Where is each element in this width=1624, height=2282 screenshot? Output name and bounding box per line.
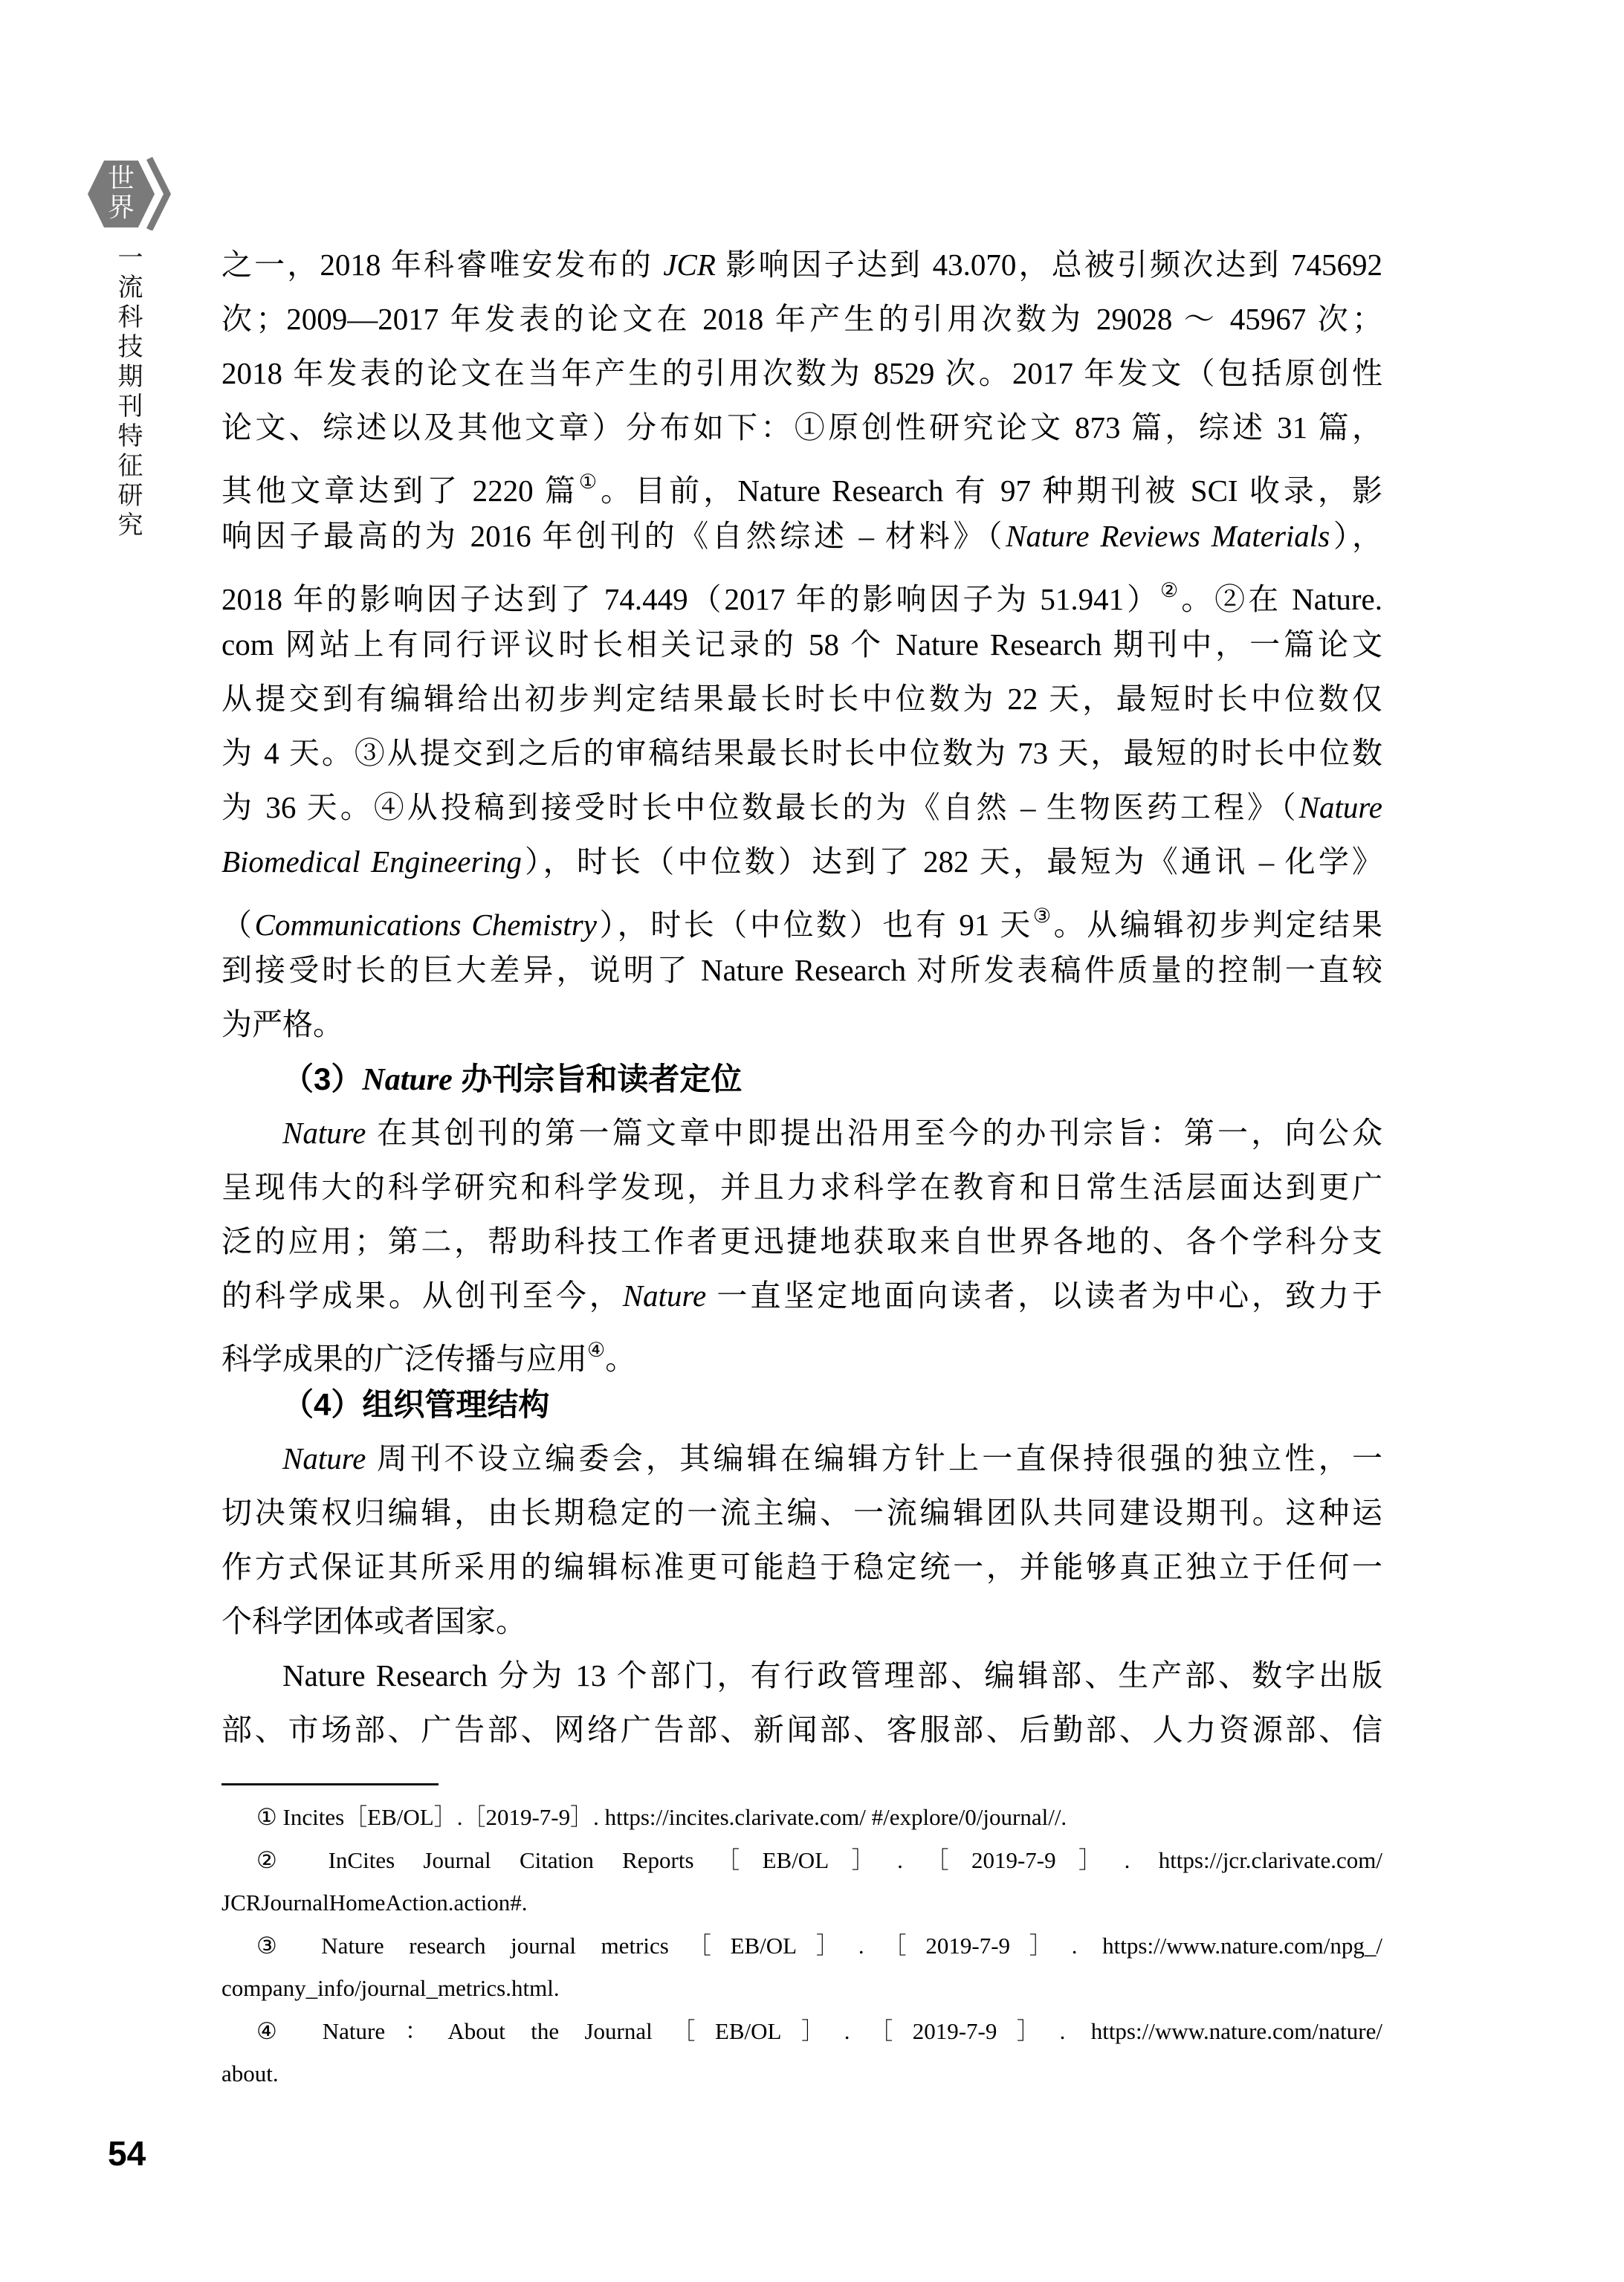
- text-segment: JCRJournalHomeAction.action#.: [221, 1890, 528, 1916]
- text-segment: 部、市场部、广告部、网络广告部、新闻部、客服部、后勤部、人力资源部、信: [221, 1713, 1382, 1747]
- text-segment: com 网站上有同行评议时长相关记录的 58 个 Nature Research…: [221, 627, 1382, 662]
- text-segment: about.: [221, 2060, 279, 2087]
- text-segment: 从提交到有编辑给出初步判定结果最长时长中位数为 22 天，最短时长中位数仅: [221, 682, 1382, 716]
- text-segment: 切决策权归编辑，由长期稳定的一流主编、一流编辑团队共同建设期刊。这种运: [221, 1496, 1382, 1530]
- text-line: 科学成果的广泛传播与应用④。: [221, 1323, 1382, 1377]
- text-line: 响因子最高的为 2016 年创刊的《自然综述 – 材料》（Nature Revi…: [221, 509, 1382, 563]
- text-segment: 为 4 天。③从提交到之后的审稿结果最长时长中位数为 73 天，最短的时长中位数: [221, 736, 1382, 770]
- text-segment: 科学成果的广泛传播与应用: [221, 1342, 587, 1376]
- text-line: 个科学团体或者国家。: [221, 1594, 1382, 1649]
- text-line: 2018 年的影响因子达到了 74.449（2017 年的影响因子为 51.94…: [221, 563, 1382, 618]
- text-line: 到接受时长的巨大差异，说明了 Nature Research 对所发表稿件质量的…: [221, 943, 1382, 998]
- text-segment: 次；2009—2017 年发表的论文在 2018 年产生的引用次数为 29028…: [221, 302, 1382, 336]
- footnote-line: company_info/journal_metrics.html.: [221, 1967, 1382, 2010]
- footnote-ref-superscript: ②: [1160, 579, 1181, 601]
- page-number: 54: [108, 2133, 146, 2173]
- text-segment: ④ Nature：About the Journal［EB/OL］.［2019-…: [256, 2018, 1382, 2044]
- text-segment: Nature: [282, 1441, 366, 1475]
- text-segment: ② InCites Journal Citation Reports［EB/OL…: [256, 1847, 1382, 1873]
- footnote-line: ① Incites［EB/OL］.［2019-7-9］. https://inc…: [221, 1796, 1382, 1839]
- text-segment: Nature: [623, 1279, 706, 1313]
- text-segment: Nature: [362, 1063, 452, 1097]
- text-segment: Nature Research 分为 13 个部门，有行政管理部、编辑部、生产部…: [282, 1658, 1382, 1693]
- text-segment: （: [221, 908, 255, 942]
- text-segment: company_info/journal_metrics.html.: [221, 1975, 560, 2001]
- text-line: 的科学成果。从创刊至今，Nature 一直坚定地面向读者，以读者为中心，致力于: [221, 1269, 1382, 1323]
- text-segment: Nature: [282, 1116, 366, 1150]
- footnote-line: ② InCites Journal Citation Reports［EB/OL…: [221, 1839, 1382, 1882]
- footnote-line: ④ Nature：About the Journal［EB/OL］.［2019-…: [221, 2010, 1382, 2053]
- text-line: 为 4 天。③从提交到之后的审稿结果最长时长中位数为 73 天，最短的时长中位数: [221, 726, 1382, 780]
- text-segment: 呈现伟大的科学研究和科学发现，并且力求科学在教育和日常生活层面达到更广: [221, 1170, 1382, 1204]
- text-line: 呈现伟大的科学研究和科学发现，并且力求科学在教育和日常生活层面达到更广: [221, 1160, 1382, 1215]
- text-segment: 其他文章达到了 2220 篇: [221, 473, 579, 508]
- footnotes: ① Incites［EB/OL］.［2019-7-9］. https://inc…: [221, 1796, 1382, 2095]
- text-segment: 。从编辑初步判定结果: [1054, 908, 1382, 942]
- text-segment: 个科学团体或者国家。: [221, 1604, 526, 1638]
- text-segment: 。②在 Nature.: [1181, 582, 1382, 616]
- text-line: （3）Nature 办刊宗旨和读者定位: [221, 1052, 1382, 1106]
- text-line: 从提交到有编辑给出初步判定结果最长时长中位数为 22 天，最短时长中位数仅: [221, 672, 1382, 726]
- text-segment: ），时长（中位数）达到了 282 天，最短为《通讯 – 化学》: [522, 844, 1382, 879]
- chapter-badge-text: 世 界: [88, 164, 155, 222]
- text-segment: 影响因子达到 43.070，总被引频次达到 745692: [716, 248, 1382, 282]
- text-line: Nature 在其创刊的第一篇文章中即提出沿用至今的办刊宗旨：第一，向公众: [221, 1106, 1382, 1160]
- text-line: Nature Research 分为 13 个部门，有行政管理部、编辑部、生产部…: [221, 1649, 1382, 1703]
- text-line: 部、市场部、广告部、网络广告部、新闻部、客服部、后勤部、人力资源部、信: [221, 1703, 1382, 1757]
- footnote-ref-superscript: ①: [579, 471, 601, 493]
- text-segment: Nature Reviews Materials: [1006, 519, 1330, 553]
- text-segment: 。: [605, 1342, 635, 1376]
- text-segment: ① Incites［EB/OL］.［2019-7-9］. https://inc…: [256, 1804, 1067, 1830]
- text-segment: （3）: [282, 1061, 362, 1096]
- text-line: 为 36 天。④从投稿到接受时长中位数最长的为《自然 – 生物医药工程》（Nat…: [221, 780, 1382, 835]
- text-segment: 。目前，Nature Research 有 97 种期刊被 SCI 收录，影: [601, 473, 1382, 508]
- text-line: Biomedical Engineering），时长（中位数）达到了 282 天…: [221, 835, 1382, 889]
- text-segment: 到接受时长的巨大差异，说明了 Nature Research 对所发表稿件质量的…: [221, 953, 1382, 987]
- text-segment: 一直坚定地面向读者，以读者为中心，致力于: [706, 1279, 1382, 1313]
- text-segment: 办刊宗旨和读者定位: [453, 1061, 743, 1096]
- book-page: 世 界 一流科技期刊特征研究 之一，2018 年科睿唯安发布的 JCR 影响因子…: [0, 0, 1624, 2282]
- text-line: 为严格。: [221, 998, 1382, 1052]
- text-line: 之一，2018 年科睿唯安发布的 JCR 影响因子达到 43.070，总被引频次…: [221, 238, 1382, 292]
- badge-char-1: 世: [88, 164, 155, 193]
- footnote-separator: [221, 1783, 439, 1785]
- footnote-line: JCRJournalHomeAction.action#.: [221, 1881, 1382, 1924]
- footnote-line: about.: [221, 2052, 1382, 2095]
- text-line: com 网站上有同行评议时长相关记录的 58 个 Nature Research…: [221, 618, 1382, 672]
- text-line: 泛的应用；第二，帮助科技工作者更迅捷地获取来自世界各地的、各个学科分支: [221, 1215, 1382, 1269]
- body-text: 之一，2018 年科睿唯安发布的 JCR 影响因子达到 43.070，总被引频次…: [221, 238, 1382, 1757]
- text-segment: Communications Chemistry: [255, 908, 597, 942]
- text-segment: 作方式保证其所采用的编辑标准更可能趋于稳定统一，并能够真正独立于任何一: [221, 1550, 1382, 1584]
- text-segment: Nature: [1299, 790, 1382, 824]
- text-segment: ），时长（中位数）也有 91 天: [597, 908, 1033, 942]
- text-line: 论文、综述以及其他文章）分布如下：①原创性研究论文 873 篇，综述 31 篇，: [221, 401, 1382, 455]
- text-segment: 论文、综述以及其他文章）分布如下：①原创性研究论文 873 篇，综述 31 篇，: [221, 410, 1382, 445]
- text-line: 2018 年发表的论文在当年产生的引用次数为 8529 次。2017 年发文（包…: [221, 346, 1382, 401]
- text-segment: （4）组织管理结构: [282, 1387, 549, 1422]
- text-segment: 的科学成果。从创刊至今，: [221, 1279, 623, 1313]
- text-line: （4）组织管理结构: [221, 1377, 1382, 1432]
- text-line: 切决策权归编辑，由长期稳定的一流主编、一流编辑团队共同建设期刊。这种运: [221, 1486, 1382, 1540]
- text-segment: 泛的应用；第二，帮助科技工作者更迅捷地获取来自世界各地的、各个学科分支: [221, 1224, 1382, 1258]
- text-segment: 在其创刊的第一篇文章中即提出沿用至今的办刊宗旨：第一，向公众: [366, 1116, 1382, 1150]
- text-segment: 周刊不设立编委会，其编辑在编辑方针上一直保持很强的独立性，一: [366, 1441, 1382, 1475]
- text-segment: 响因子最高的为 2016 年创刊的《自然综述 – 材料》（: [221, 519, 1006, 553]
- text-line: Nature 周刊不设立编委会，其编辑在编辑方针上一直保持很强的独立性，一: [221, 1432, 1382, 1486]
- text-segment: JCR: [663, 248, 716, 282]
- text-segment: ③ Nature research journal metrics［EB/OL］…: [256, 1933, 1382, 1959]
- text-line: （Communications Chemistry），时长（中位数）也有 91 …: [221, 889, 1382, 943]
- series-title-vertical: 一流科技期刊特征研究: [109, 244, 146, 556]
- badge-char-2: 界: [88, 193, 155, 222]
- text-segment: 为严格。: [221, 1007, 343, 1041]
- text-line: 其他文章达到了 2220 篇①。目前，Nature Research 有 97 …: [221, 455, 1382, 509]
- text-line: 次；2009—2017 年发表的论文在 2018 年产生的引用次数为 29028…: [221, 292, 1382, 346]
- text-segment: ），: [1330, 519, 1382, 553]
- text-segment: Biomedical Engineering: [221, 844, 522, 879]
- text-segment: 2018 年发表的论文在当年产生的引用次数为 8529 次。2017 年发文（包…: [221, 356, 1382, 390]
- text-line: 作方式保证其所采用的编辑标准更可能趋于稳定统一，并能够真正独立于任何一: [221, 1540, 1382, 1594]
- footnote-line: ③ Nature research journal metrics［EB/OL］…: [221, 1924, 1382, 1968]
- text-segment: 之一，2018 年科睿唯安发布的: [221, 248, 663, 282]
- text-segment: 为 36 天。④从投稿到接受时长中位数最长的为《自然 – 生物医药工程》（: [221, 790, 1299, 824]
- text-segment: 2018 年的影响因子达到了 74.449（2017 年的影响因子为 51.94…: [221, 582, 1160, 616]
- footnote-ref-superscript: ④: [587, 1339, 605, 1361]
- footnote-ref-superscript: ③: [1033, 905, 1054, 927]
